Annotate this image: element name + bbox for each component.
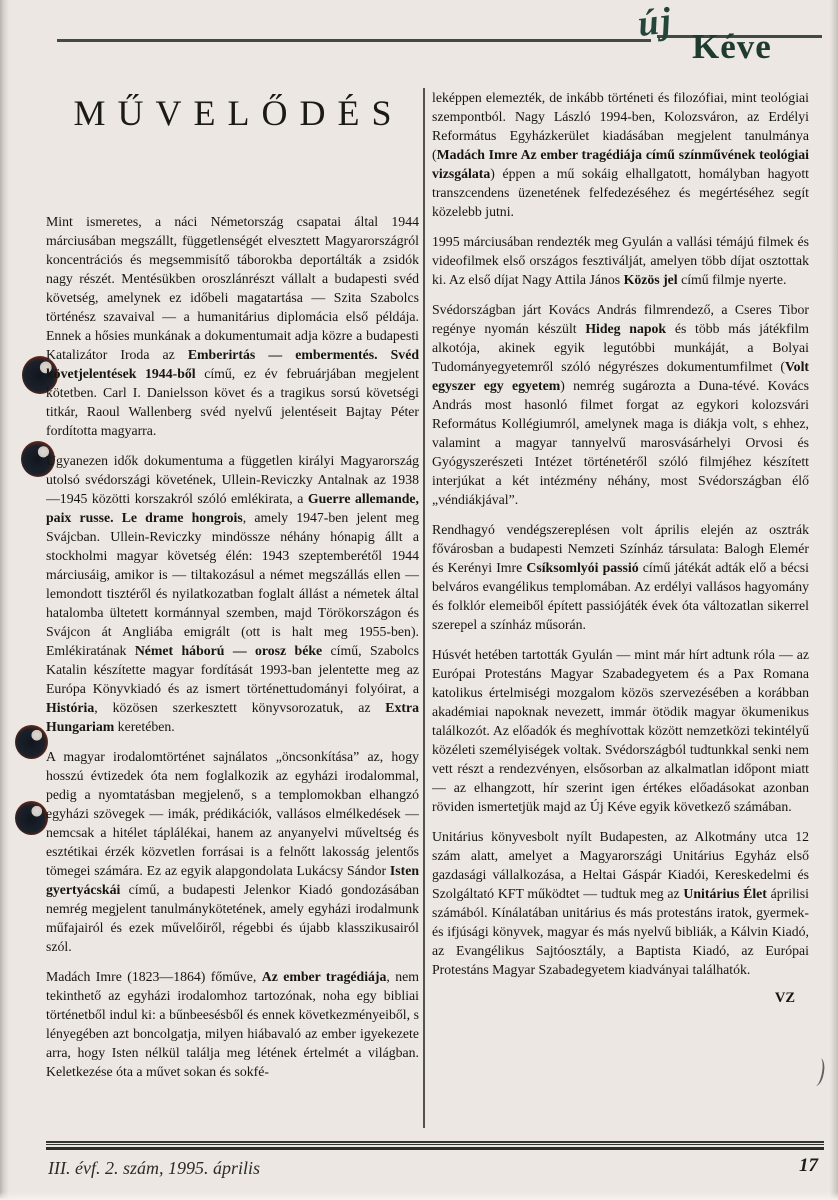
paragraph: Rendhagyó vendégszereplésen volt április… <box>432 520 809 634</box>
section-title: MŰVELŐDÉS <box>46 92 419 134</box>
paragraph: Madách Imre (1823—1864) főműve, Az ember… <box>46 967 419 1081</box>
binding-hole <box>15 801 48 835</box>
footer-issue-info: III. évf. 2. szám, 1995. április <box>48 1158 260 1179</box>
masthead-logo-wordmark: Kéve <box>692 27 772 67</box>
column-divider <box>423 88 425 1128</box>
right-column-body: leképpen elemezték, de inkább történeti … <box>432 88 809 979</box>
page-number: 17 <box>799 1155 818 1177</box>
paragraph: Mint ismeretes, a náci Németország csapa… <box>46 212 419 440</box>
page-edge-left <box>0 0 9 1200</box>
binding-hole <box>15 725 48 759</box>
masthead-logo-script: új <box>636 0 676 46</box>
right-column: leképpen elemezték, de inkább történeti … <box>432 88 809 1136</box>
masthead-rule-left <box>57 39 651 42</box>
page-edge-bottom <box>0 1192 838 1200</box>
paragraph: A magyar irodalomtörténet sajnálatos „ön… <box>46 747 419 956</box>
paragraph: Ugyanezen idők dokumentuma a független k… <box>46 451 419 736</box>
footer-rule <box>46 1141 824 1150</box>
pen-mark <box>810 1057 827 1087</box>
paragraph: Húsvét hetében tartották Gyulán — mint m… <box>432 645 809 816</box>
paragraph: 1995 márciusában rendezték meg Gyulán a … <box>432 232 809 289</box>
author-initials: VZ <box>432 990 809 1007</box>
paragraph: leképpen elemezték, de inkább történeti … <box>432 88 809 221</box>
left-column-body: Mint ismeretes, a náci Németország csapa… <box>46 212 419 1081</box>
paragraph: Svédországban járt Kovács András filmren… <box>432 300 809 509</box>
left-column: MŰVELŐDÉS Mint ismeretes, a náci Németor… <box>46 92 419 1134</box>
paragraph: Unitárius könyvesbolt nyílt Budapesten, … <box>432 827 809 979</box>
page-edge-right <box>830 0 838 1200</box>
